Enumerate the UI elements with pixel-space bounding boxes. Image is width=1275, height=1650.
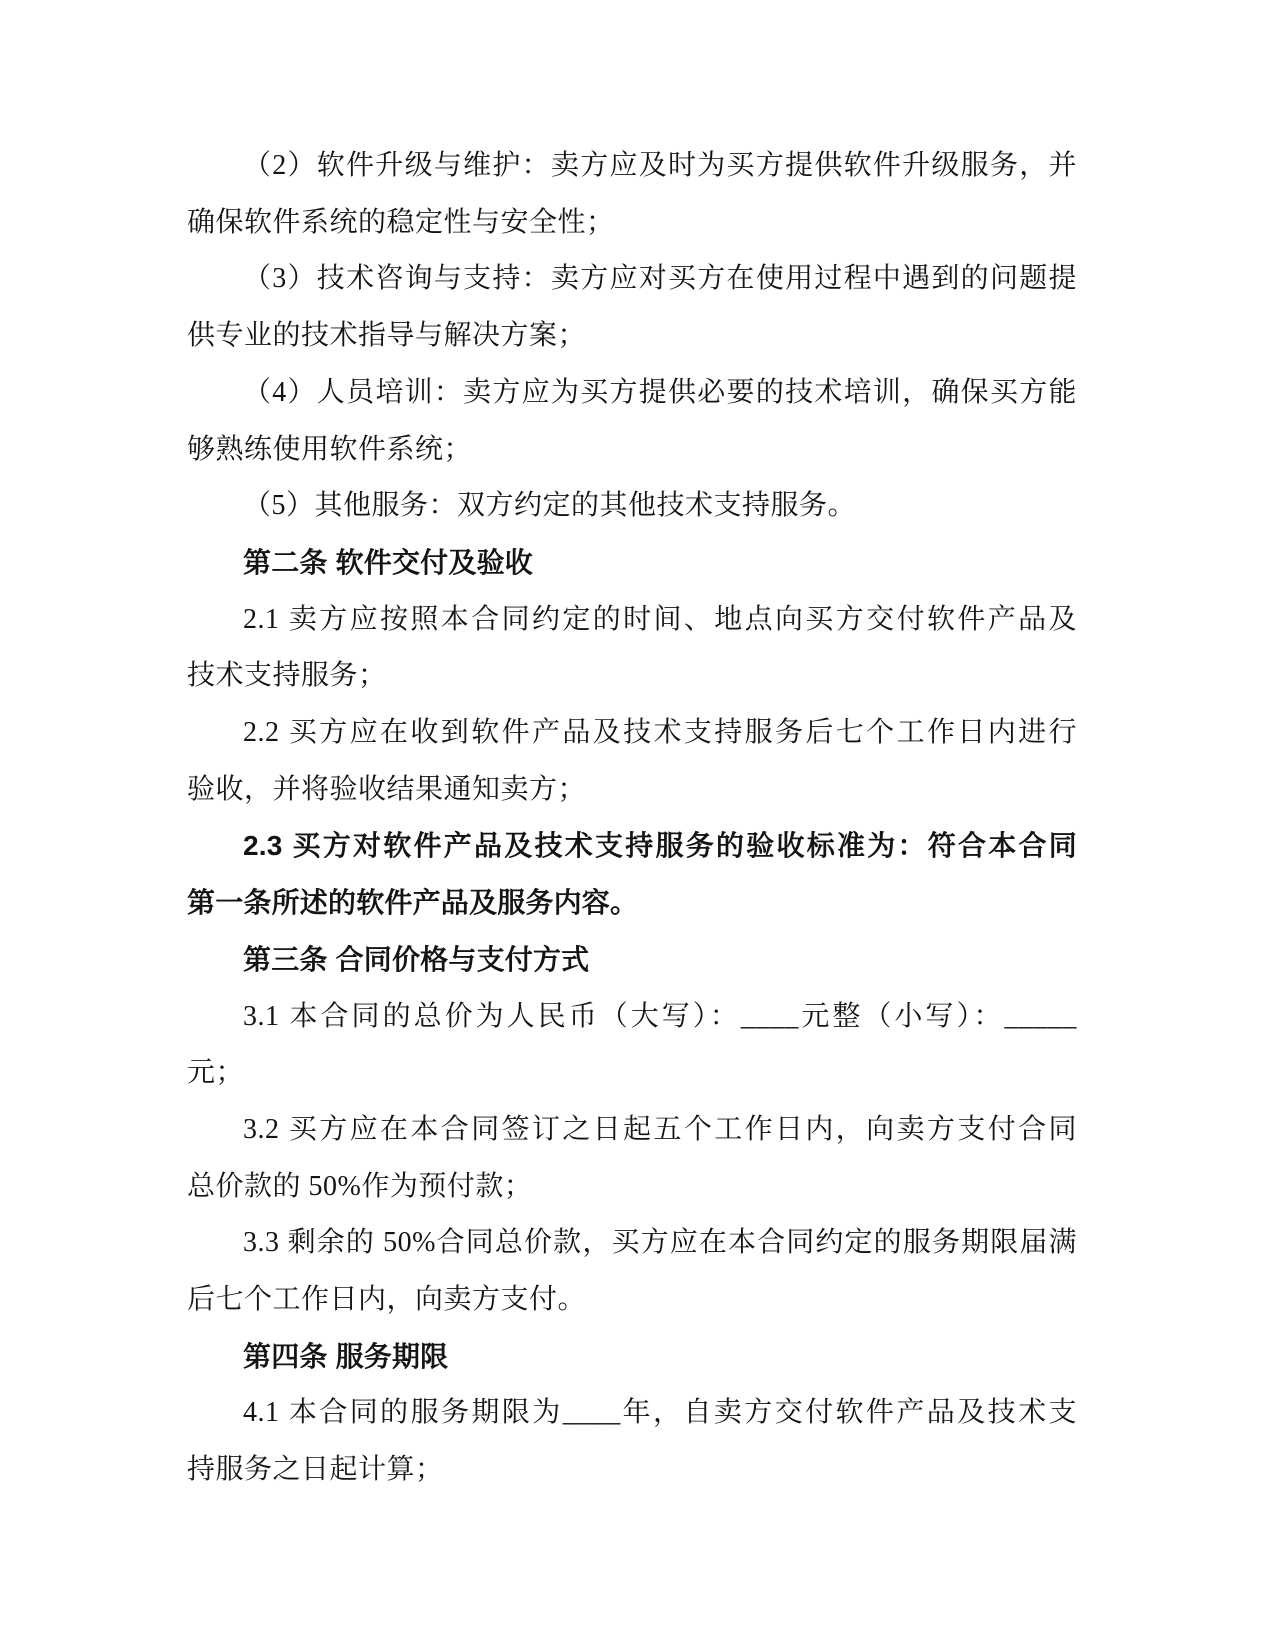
text-line: （4）人员培训：卖方应为买方提供必要的技术培训，确保买方能: [187, 365, 1077, 422]
text-line: 供专业的技术指导与解决方案；: [187, 308, 1077, 365]
text-line: 持服务之日起计算；: [187, 1442, 1077, 1499]
text-line: （5）其他服务：双方约定的其他技术支持服务。: [187, 478, 1077, 535]
text-line: 验收，并将验收结果通知卖方；: [187, 762, 1077, 819]
section-heading: 第三条 合同价格与支付方式: [187, 932, 1077, 989]
text-line: 第一条所述的软件产品及服务内容。: [187, 875, 1077, 932]
text-line: （3）技术咨询与支持：卖方应对买方在使用过程中遇到的问题提: [187, 251, 1077, 308]
section-heading: 第四条 服务期限: [187, 1329, 1077, 1386]
text-line: 总价款的 50%作为预付款；: [187, 1159, 1077, 1216]
text-line: 2.1 卖方应按照本合同约定的时间、地点向买方交付软件产品及: [187, 592, 1077, 649]
text-line: 技术支持服务；: [187, 648, 1077, 705]
text-line: 3.1 本合同的总价为人民币（大写）：____元整（小写）：_____: [187, 989, 1077, 1046]
section-heading: 第二条 软件交付及验收: [187, 535, 1077, 592]
text-line: 够熟练使用软件系统；: [187, 422, 1077, 479]
text-line: 3.3 剩余的 50%合同总价款，买方应在本合同约定的服务期限届满: [187, 1215, 1077, 1272]
text-line: 后七个工作日内，向卖方支付。: [187, 1272, 1077, 1329]
contract-body: （2）软件升级与维护：卖方应及时为买方提供软件升级服务，并确保软件系统的稳定性与…: [187, 138, 1077, 1499]
text-line: 2.2 买方应在收到软件产品及技术支持服务后七个工作日内进行: [187, 705, 1077, 762]
text-line: 4.1 本合同的服务期限为____年，自卖方交付软件产品及技术支: [187, 1385, 1077, 1442]
text-line: 确保软件系统的稳定性与安全性；: [187, 195, 1077, 252]
text-line: （2）软件升级与维护：卖方应及时为买方提供软件升级服务，并: [187, 138, 1077, 195]
text-line: 元；: [187, 1045, 1077, 1102]
text-line: 3.2 买方应在本合同签订之日起五个工作日内，向卖方支付合同: [187, 1102, 1077, 1159]
document-page: （2）软件升级与维护：卖方应及时为买方提供软件升级服务，并确保软件系统的稳定性与…: [0, 0, 1275, 1650]
text-line: 2.3 买方对软件产品及技术支持服务的验收标准为：符合本合同: [187, 818, 1077, 875]
